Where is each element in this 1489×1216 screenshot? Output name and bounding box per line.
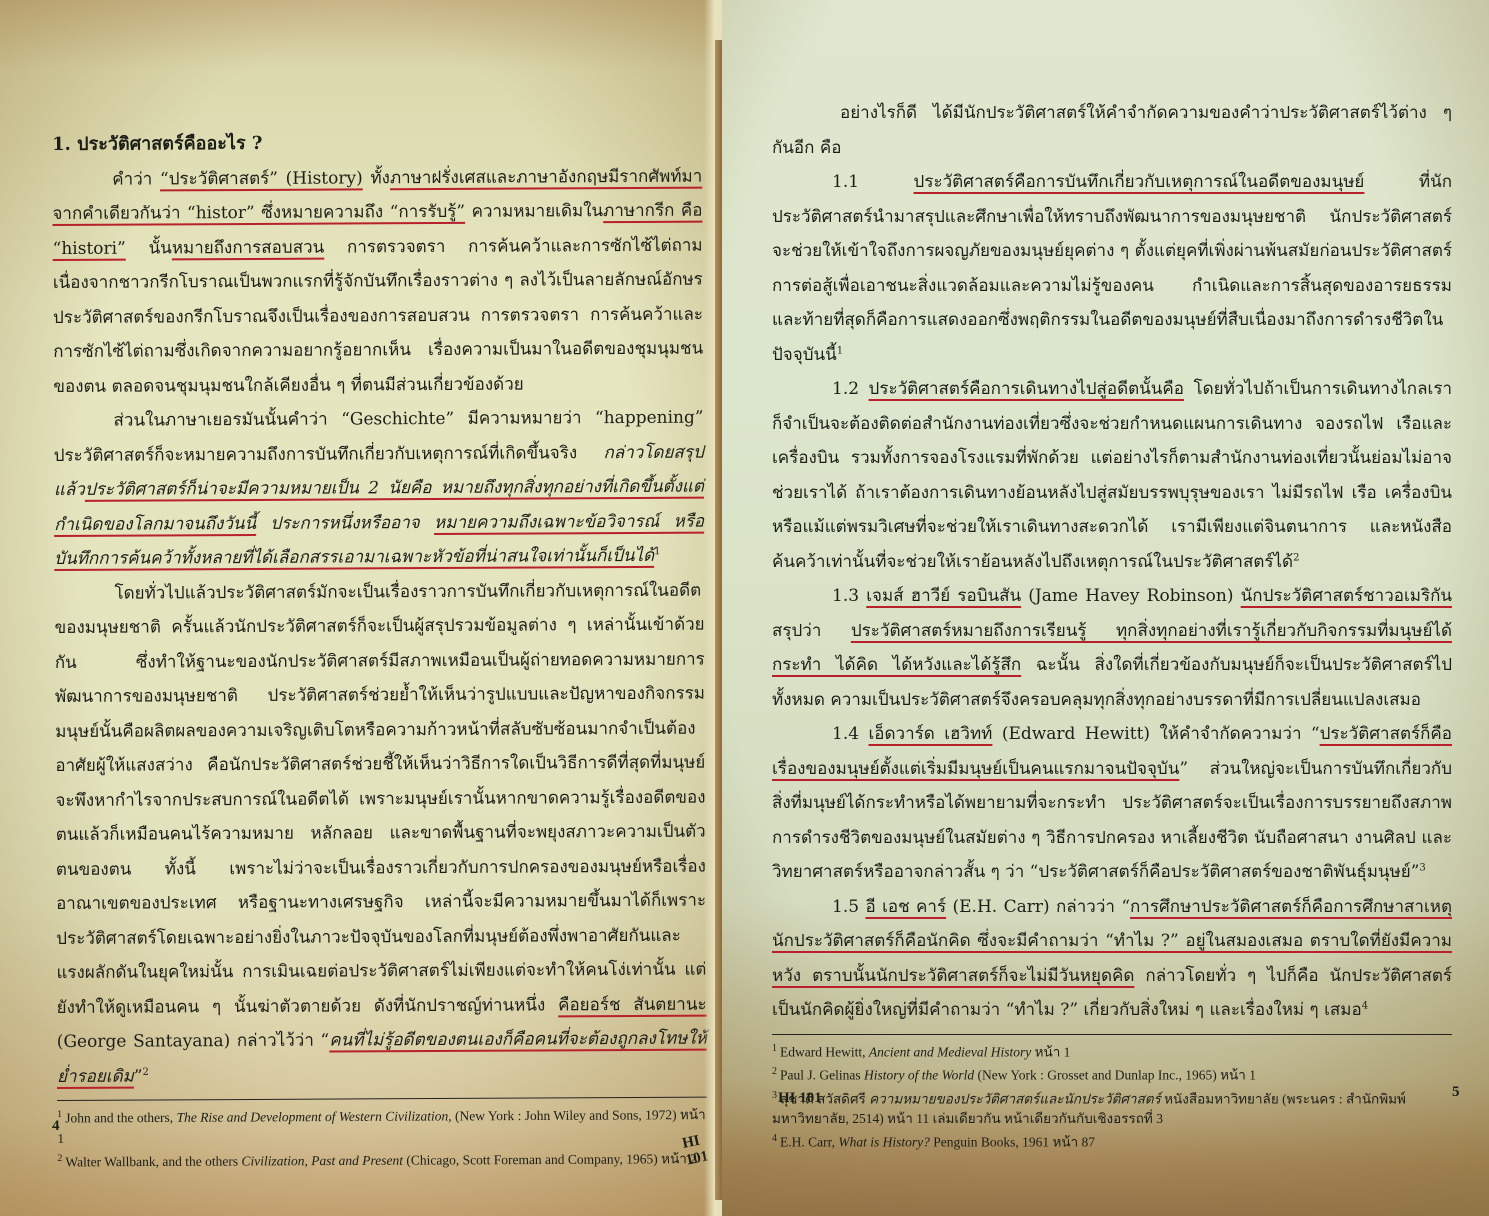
text: ความหมายเดิมใน: [465, 201, 603, 222]
course-code: HI 101: [778, 1090, 822, 1107]
footnote: 1Edward Hewitt, Ancient and Medieval His…: [772, 1039, 1452, 1063]
book-title: ความหมายของประวัติศาสตร์และนักประวัติศาส…: [869, 1091, 1161, 1106]
footnote-ref[interactable]: 1: [654, 546, 660, 557]
underlined-text: เอ็ดวาร์ด เฮวิทท์: [868, 724, 992, 744]
left-page: 1. ประวัติศาสตร์คืออะไร ? คำว่า “ประวัติ…: [0, 0, 722, 1216]
footnote-ref[interactable]: 3: [1419, 862, 1425, 873]
text: E.H. Carr,: [780, 1135, 838, 1150]
text: (George Santayana) กล่าวไว้ว่า “: [57, 1031, 330, 1052]
underlined-text: หมายถึงการสอบสวน: [172, 237, 325, 258]
footnote-ref[interactable]: 4: [1362, 1000, 1368, 1011]
text: นั้น: [126, 238, 172, 258]
text: (E.H. Carr) กล่าวว่า “: [946, 897, 1130, 917]
definition-1-5: 1.5 อี เอช คาร์ (E.H. Carr) กล่าวว่า “กา…: [772, 890, 1452, 1028]
intro-paragraph: อย่างไรก็ดี ได้มีนักประวัติศาสตร์ให้คำจำ…: [772, 96, 1452, 165]
footnote: 3สุชาติ สวัสดิศรี ความหมายของประวัติศาสต…: [772, 1086, 1452, 1130]
paragraph-3: โดยทั่วไปแล้วประวัติศาสตร์มักจะเป็นเรื่อ…: [54, 573, 707, 1094]
footnote: 2Walter Wallbank, and the others Civiliz…: [57, 1145, 707, 1172]
item-number: 1.4: [832, 724, 859, 744]
section-heading: 1. ประวัติศาสตร์คืออะไร ?: [52, 125, 702, 163]
footnote: 4E.H. Carr, What is History? Penguin Boo…: [772, 1129, 1452, 1153]
paragraph-1: คำว่า “ประวัติศาสตร์” (History) ทั้งภาษา…: [52, 159, 703, 404]
definition-1-3: 1.3 เจมส์ ฮาวีย์ รอบินสัน (Jame Havey Ro…: [772, 579, 1452, 717]
book-title: The Rise and Development of Western Civi…: [177, 1108, 452, 1124]
underlined-text: อี เอช คาร์: [865, 897, 946, 917]
footnote-number: 2: [57, 1152, 62, 1163]
text: Edward Hewitt,: [780, 1044, 869, 1059]
text: คำว่า: [112, 169, 160, 189]
underlined-text: นักประวัติศาสตร์ชาวอเมริกัน: [1241, 586, 1452, 606]
text: ”: [134, 1066, 143, 1086]
page-number: 4: [52, 1118, 60, 1135]
text: หน้า 1: [1031, 1044, 1070, 1059]
left-page-body: 1. ประวัติศาสตร์คืออะไร ? คำว่า “ประวัติ…: [52, 125, 707, 1172]
text: การตรวจตรา การค้นคว้าและการซักไซ้ไต่ถาม …: [53, 235, 703, 396]
item-number: 1.1: [832, 172, 859, 192]
paragraph-2: ส่วนในภาษาเยอรมันนั้นคำว่า “Geschichte” …: [53, 401, 704, 577]
book-title: Civilization, Past and Present: [241, 1152, 403, 1168]
footnote-divider: [772, 1034, 1452, 1035]
italic-text: ประการหนึ่งหรืออาจ: [256, 513, 434, 534]
text: ทั้ง: [363, 168, 390, 188]
right-page-body: อย่างไรก็ดี ได้มีนักประวัติศาสตร์ให้คำจำ…: [772, 96, 1452, 1153]
text: โดยทั่วไปถ้าเป็นการเดินทางไกลเราก็จำเป็น…: [772, 379, 1452, 572]
item-number: 1.3: [832, 586, 859, 606]
book-title: History of the World: [864, 1068, 974, 1083]
book-title: Ancient and Medieval History: [869, 1044, 1031, 1059]
footnote-number: 3: [772, 1090, 777, 1101]
footnote-ref[interactable]: 2: [142, 1066, 148, 1077]
footnote-number: 2: [772, 1066, 777, 1077]
definition-1-1: 1.1 ประวัติศาสตร์คือการบันทึกเกี่ยวกับเห…: [772, 165, 1452, 372]
text: (Jame Havey Robinson): [1021, 586, 1241, 606]
footnote-number: 4: [772, 1133, 777, 1144]
definition-1-4: 1.4 เอ็ดวาร์ด เฮวิทท์ (Edward Hewitt) ให…: [772, 717, 1452, 890]
text: ที่นักประวัติศาสตร์นำมาสรุปและศึกษาเพื่อ…: [772, 172, 1452, 365]
text: Penguin Books, 1961 หน้า 87: [930, 1135, 1095, 1150]
right-page: อย่างไรก็ดี ได้มีนักประวัติศาสตร์ให้คำจำ…: [722, 0, 1489, 1216]
text: สรุปว่า: [772, 621, 851, 641]
text: โดยทั่วไปแล้วประวัติศาสตร์มักจะเป็นเรื่อ…: [55, 580, 707, 1017]
book-title: What is History?: [838, 1135, 930, 1150]
footnote-number: 1: [772, 1043, 777, 1054]
text: (Chicago, Scott Foreman and Company, 196…: [403, 1151, 697, 1168]
underlined-text: ประวัติศาสตร์คือการเดินทางไปสู่อดีตนั้นค…: [869, 379, 1184, 399]
text: (New York : Grosset and Dunlap Inc., 196…: [974, 1068, 1256, 1083]
underlined-text: คือยอร์ช สันตยานะ: [558, 994, 707, 1015]
item-number: 1.5: [832, 897, 859, 917]
item-number: 1.2: [832, 379, 859, 399]
page-number: 5: [1452, 1084, 1460, 1101]
text: (Edward Hewitt) ให้คำจำกัดความว่า “: [992, 724, 1319, 744]
footnote-divider: [57, 1097, 707, 1101]
definition-1-2: 1.2 ประวัติศาสตร์คือการเดินทางไปสู่อดีตน…: [772, 372, 1452, 579]
text: Paul J. Gelinas: [780, 1068, 864, 1083]
underlined-text: “ประวัติศาสตร์” (History): [160, 168, 363, 189]
text: John and the others,: [65, 1110, 176, 1126]
footnote: 1John and the others, The Rise and Devel…: [57, 1102, 707, 1149]
underlined-text: ประวัติศาสตร์คือการบันทึกเกี่ยวกับเหตุกา…: [914, 172, 1365, 192]
footnote-ref[interactable]: 2: [1293, 552, 1299, 563]
footnote: 2Paul J. Gelinas History of the World (N…: [772, 1062, 1452, 1086]
footnote-ref[interactable]: 1: [837, 345, 843, 356]
text: Walter Wallbank, and the others: [65, 1153, 241, 1169]
underlined-text: เจมส์ ฮาวีย์ รอบินสัน: [866, 586, 1021, 606]
